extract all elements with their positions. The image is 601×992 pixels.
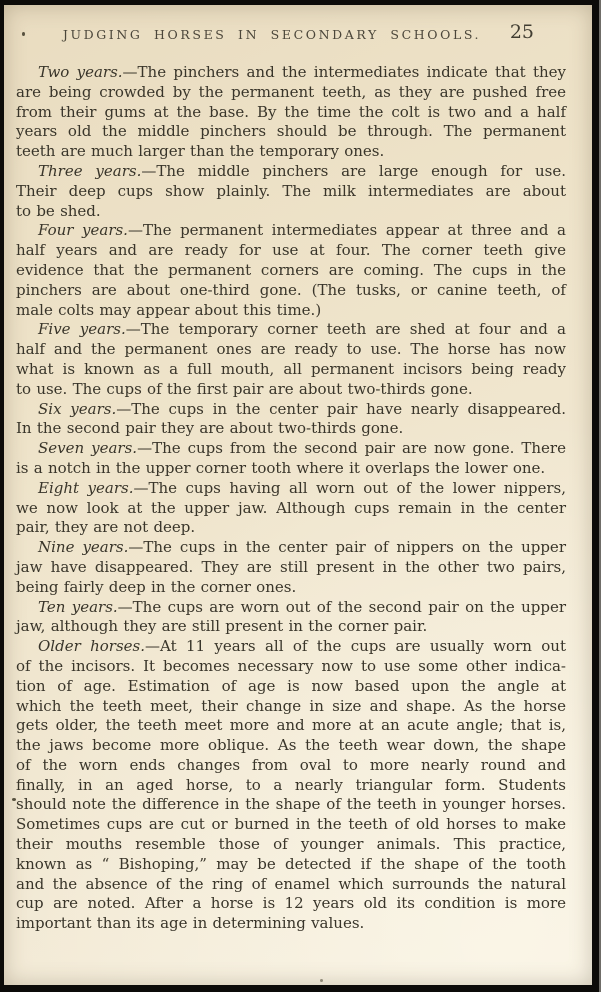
paragraph-lead: Ten years. xyxy=(38,598,118,616)
paragraph-line: Nine years.—The cups in the center pair … xyxy=(16,538,566,558)
paragraph-line: Seven years.—The cups from the second pa… xyxy=(16,439,566,459)
paragraph-line: should note the difference in the shape … xyxy=(16,795,566,815)
paragraph-line: Older horses.—At 11 years all of the cup… xyxy=(16,637,566,657)
paragraph: Nine years.—The cups in the center pair … xyxy=(16,538,566,597)
paragraph-line: their mouths resemble those of younger a… xyxy=(16,835,566,855)
paragraph-line: Five years.—The temporary corner teeth a… xyxy=(16,320,566,340)
paragraph: Seven years.—The cups from the second pa… xyxy=(16,439,566,479)
paragraph-line: important than its age in determining va… xyxy=(16,914,566,934)
paragraph-line: what is known as a full mouth, all perma… xyxy=(16,360,566,380)
paragraph-line: Three years.—The middle pinchers are lar… xyxy=(16,162,566,182)
paragraph-line: Eight years.—The cups having all worn ou… xyxy=(16,479,566,499)
paragraph-lead: Two years. xyxy=(38,63,123,81)
paragraph-lead: Five years. xyxy=(38,320,126,338)
paragraph-line: jaw, although they are still present in … xyxy=(16,617,566,637)
paragraph-lead: Four years. xyxy=(38,221,128,239)
paragraph: Older horses.—At 11 years all of the cup… xyxy=(16,637,566,934)
paragraph-line: years old the middle pinchers should be … xyxy=(16,122,566,142)
paragraph-line: Two years.—The pinchers and the intermed… xyxy=(16,63,566,83)
paragraph-line: from their gums at the base. By the time… xyxy=(16,103,566,123)
paragraph-line: being fairly deep in the corner ones. xyxy=(16,578,566,598)
paragraph-line: male colts may appear about this time.) xyxy=(16,301,566,321)
paragraph: Two years.—The pinchers and the intermed… xyxy=(16,63,566,162)
paragraph-line: the jaws become more oblique. As the tee… xyxy=(16,736,566,756)
paragraph-line: pair, they are not deep. xyxy=(16,518,566,538)
paper: JUDGING HORSES IN SECONDARY SCHOOLS. 25 … xyxy=(4,5,592,985)
page-number: 25 xyxy=(510,21,534,43)
paragraph-lead: Seven years. xyxy=(38,439,137,457)
paragraph-line: pinchers are about one-third gone. (The … xyxy=(16,281,566,301)
paragraph-line: Their deep cups show plainly. The milk i… xyxy=(16,182,566,202)
paragraph-line: of the incisors. It becomes necessary no… xyxy=(16,657,566,677)
paragraph-line: Four years.—The permanent intermediates … xyxy=(16,221,566,241)
paragraph-lead: Nine years. xyxy=(38,538,128,556)
paragraph-line: Ten years.—The cups are worn out of the … xyxy=(16,598,566,618)
paragraph-lead: Three years. xyxy=(38,162,141,180)
scanned-book-page: { "page": { "header": { "title": "JUDGIN… xyxy=(0,0,601,992)
paragraph-line: which the teeth meet, their change in si… xyxy=(16,697,566,717)
ink-speck xyxy=(22,32,25,36)
paragraph-line: Sometimes cups are cut or burned in the … xyxy=(16,815,566,835)
paragraph-line: evidence that the permanent corners are … xyxy=(16,261,566,281)
paragraph-line: is a notch in the upper corner tooth whe… xyxy=(16,459,566,479)
paragraph-line: finally, in an aged horse, to a nearly t… xyxy=(16,776,566,796)
paragraph: Six years.—The cups in the center pair h… xyxy=(16,400,566,440)
paragraph-line: to use. The cups of the first pair are a… xyxy=(16,380,566,400)
paragraph-line: half and the permanent ones are ready to… xyxy=(16,340,566,360)
paragraph-line: gets older, the teeth meet more and more… xyxy=(16,716,566,736)
paragraph-line: we now look at the upper jaw. Although c… xyxy=(16,499,566,519)
paragraph-line: Six years.—The cups in the center pair h… xyxy=(16,400,566,420)
paragraph: Five years.—The temporary corner teeth a… xyxy=(16,320,566,399)
page-body: Two years.—The pinchers and the intermed… xyxy=(16,63,566,934)
running-head-title: JUDGING HORSES IN SECONDARY SCHOOLS. xyxy=(0,27,566,42)
paragraph: Three years.—The middle pinchers are lar… xyxy=(16,162,566,221)
paragraph-line: tion of age. Estimation of age is now ba… xyxy=(16,677,566,697)
paragraph-lead: Eight years. xyxy=(38,479,133,497)
paragraph-line: In the second pair they are about two-th… xyxy=(16,419,566,439)
paragraph-line: to be shed. xyxy=(16,202,566,222)
paragraph-line: cup are noted. After a horse is 12 years… xyxy=(16,894,566,914)
paragraph-line: and the absence of the ring of enamel wh… xyxy=(16,875,566,895)
ink-speck xyxy=(320,979,323,982)
paragraph-lead: Older horses. xyxy=(38,637,145,655)
paragraph-line: half years and are ready for use at four… xyxy=(16,241,566,261)
paragraph: Eight years.—The cups having all worn ou… xyxy=(16,479,566,538)
paragraph-line: jaw have disappeared. They are still pre… xyxy=(16,558,566,578)
paragraph-line: are being crowded by the permanent teeth… xyxy=(16,83,566,103)
paragraph-line: known as “ Bishoping,” may be detected i… xyxy=(16,855,566,875)
paper-blemish xyxy=(425,129,430,134)
ink-speck xyxy=(12,798,16,801)
paragraph-line: teeth are much larger than the temporary… xyxy=(16,142,566,162)
running-head: JUDGING HORSES IN SECONDARY SCHOOLS. 25 xyxy=(4,21,592,49)
paragraph: Ten years.—The cups are worn out of the … xyxy=(16,598,566,638)
paragraph: Four years.—The permanent intermediates … xyxy=(16,221,566,320)
paragraph-line: of the worn ends changes from oval to mo… xyxy=(16,756,566,776)
paragraph-lead: Six years. xyxy=(38,400,116,418)
